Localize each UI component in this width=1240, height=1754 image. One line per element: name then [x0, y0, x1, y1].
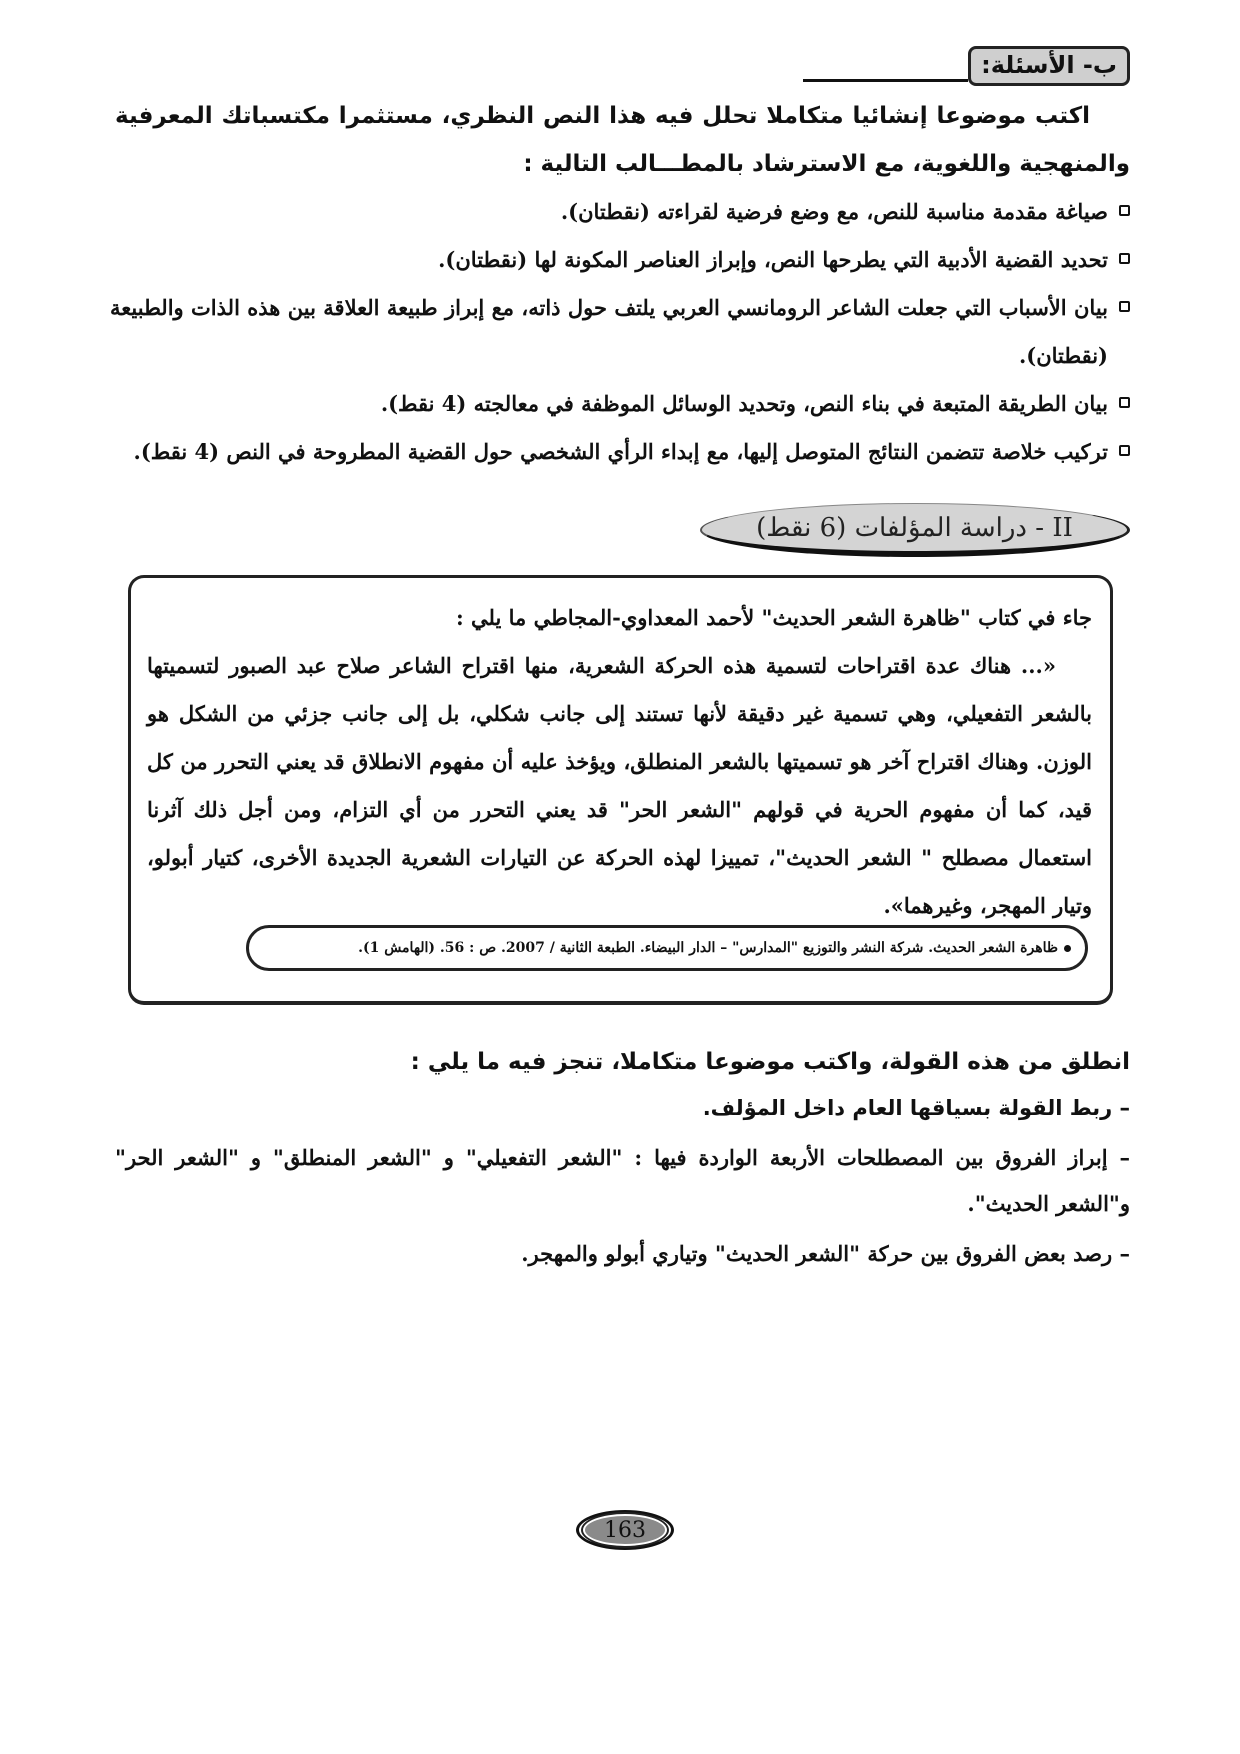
quote-intro: جاء في كتاب "ظاهرة الشعر الحديث" لأحمد ا… — [456, 598, 1092, 638]
task-item: – إبراز الفروق بين المصطلحات الأربعة الو… — [115, 1135, 1130, 1227]
section-two-title: II - دراسة المؤلفات (6 نقط) — [756, 513, 1073, 543]
requirements-list: صياغة مقدمة مناسبة للنص، مع وضع فرضية لق… — [110, 188, 1130, 476]
questions-header: ب- الأسئلة: — [803, 46, 1130, 86]
square-bullet-icon — [1119, 205, 1130, 216]
header-underline — [803, 79, 968, 82]
square-bullet-icon — [1119, 397, 1130, 408]
page-number: 163 — [604, 1518, 646, 1543]
requirement-item: صياغة مقدمة مناسبة للنص، مع وضع فرضية لق… — [110, 188, 1130, 236]
requirement-item: تحديد القضية الأدبية التي يطرحها النص، و… — [110, 236, 1130, 284]
questions-label: ب- الأسئلة: — [968, 46, 1130, 86]
task-list: – ربط القولة بسياقها العام داخل المؤلف. … — [115, 1085, 1130, 1281]
task-item: – رصد بعض الفروق بين حركة "الشعر الحديث"… — [115, 1231, 1130, 1277]
quote-text: «... هناك عدة اقتراحات لتسمية هذه الحركة… — [147, 642, 1092, 930]
exam-page: ب- الأسئلة: اكتب موضوعا إنشائيا متكاملا … — [0, 0, 1240, 1754]
task-item: – ربط القولة بسياقها العام داخل المؤلف. — [115, 1085, 1130, 1131]
square-bullet-icon — [1119, 445, 1130, 456]
citation-box: ظاهرة الشعر الحديث. شركة النشر والتوزيع … — [246, 925, 1088, 971]
requirement-item: تركيب خلاصة تتضمن النتائج المتوصل إليها،… — [110, 428, 1130, 476]
requirement-item: بيان الطريقة المتبعة في بناء النص، وتحدي… — [110, 380, 1130, 428]
page-number-badge: 163 — [576, 1510, 674, 1550]
task-intro: انطلق من هذه القولة، واكتب موضوعا متكامل… — [411, 1040, 1130, 1084]
requirement-item: بيان الأسباب التي جعلت الشاعر الرومانسي … — [110, 284, 1130, 380]
essay-instructions-text: اكتب موضوعا إنشائيا متكاملا تحلل فيه هذا… — [115, 103, 1130, 177]
section-two-heading: II - دراسة المؤلفات (6 نقط) — [700, 503, 1130, 557]
essay-instructions: اكتب موضوعا إنشائيا متكاملا تحلل فيه هذا… — [115, 92, 1130, 188]
square-bullet-icon — [1119, 253, 1130, 264]
citation-text: ظاهرة الشعر الحديث. شركة النشر والتوزيع … — [358, 940, 1058, 956]
square-bullet-icon — [1119, 301, 1130, 312]
bullet-dot-icon — [1064, 945, 1071, 952]
quote-box: جاء في كتاب "ظاهرة الشعر الحديث" لأحمد ا… — [128, 575, 1113, 1005]
